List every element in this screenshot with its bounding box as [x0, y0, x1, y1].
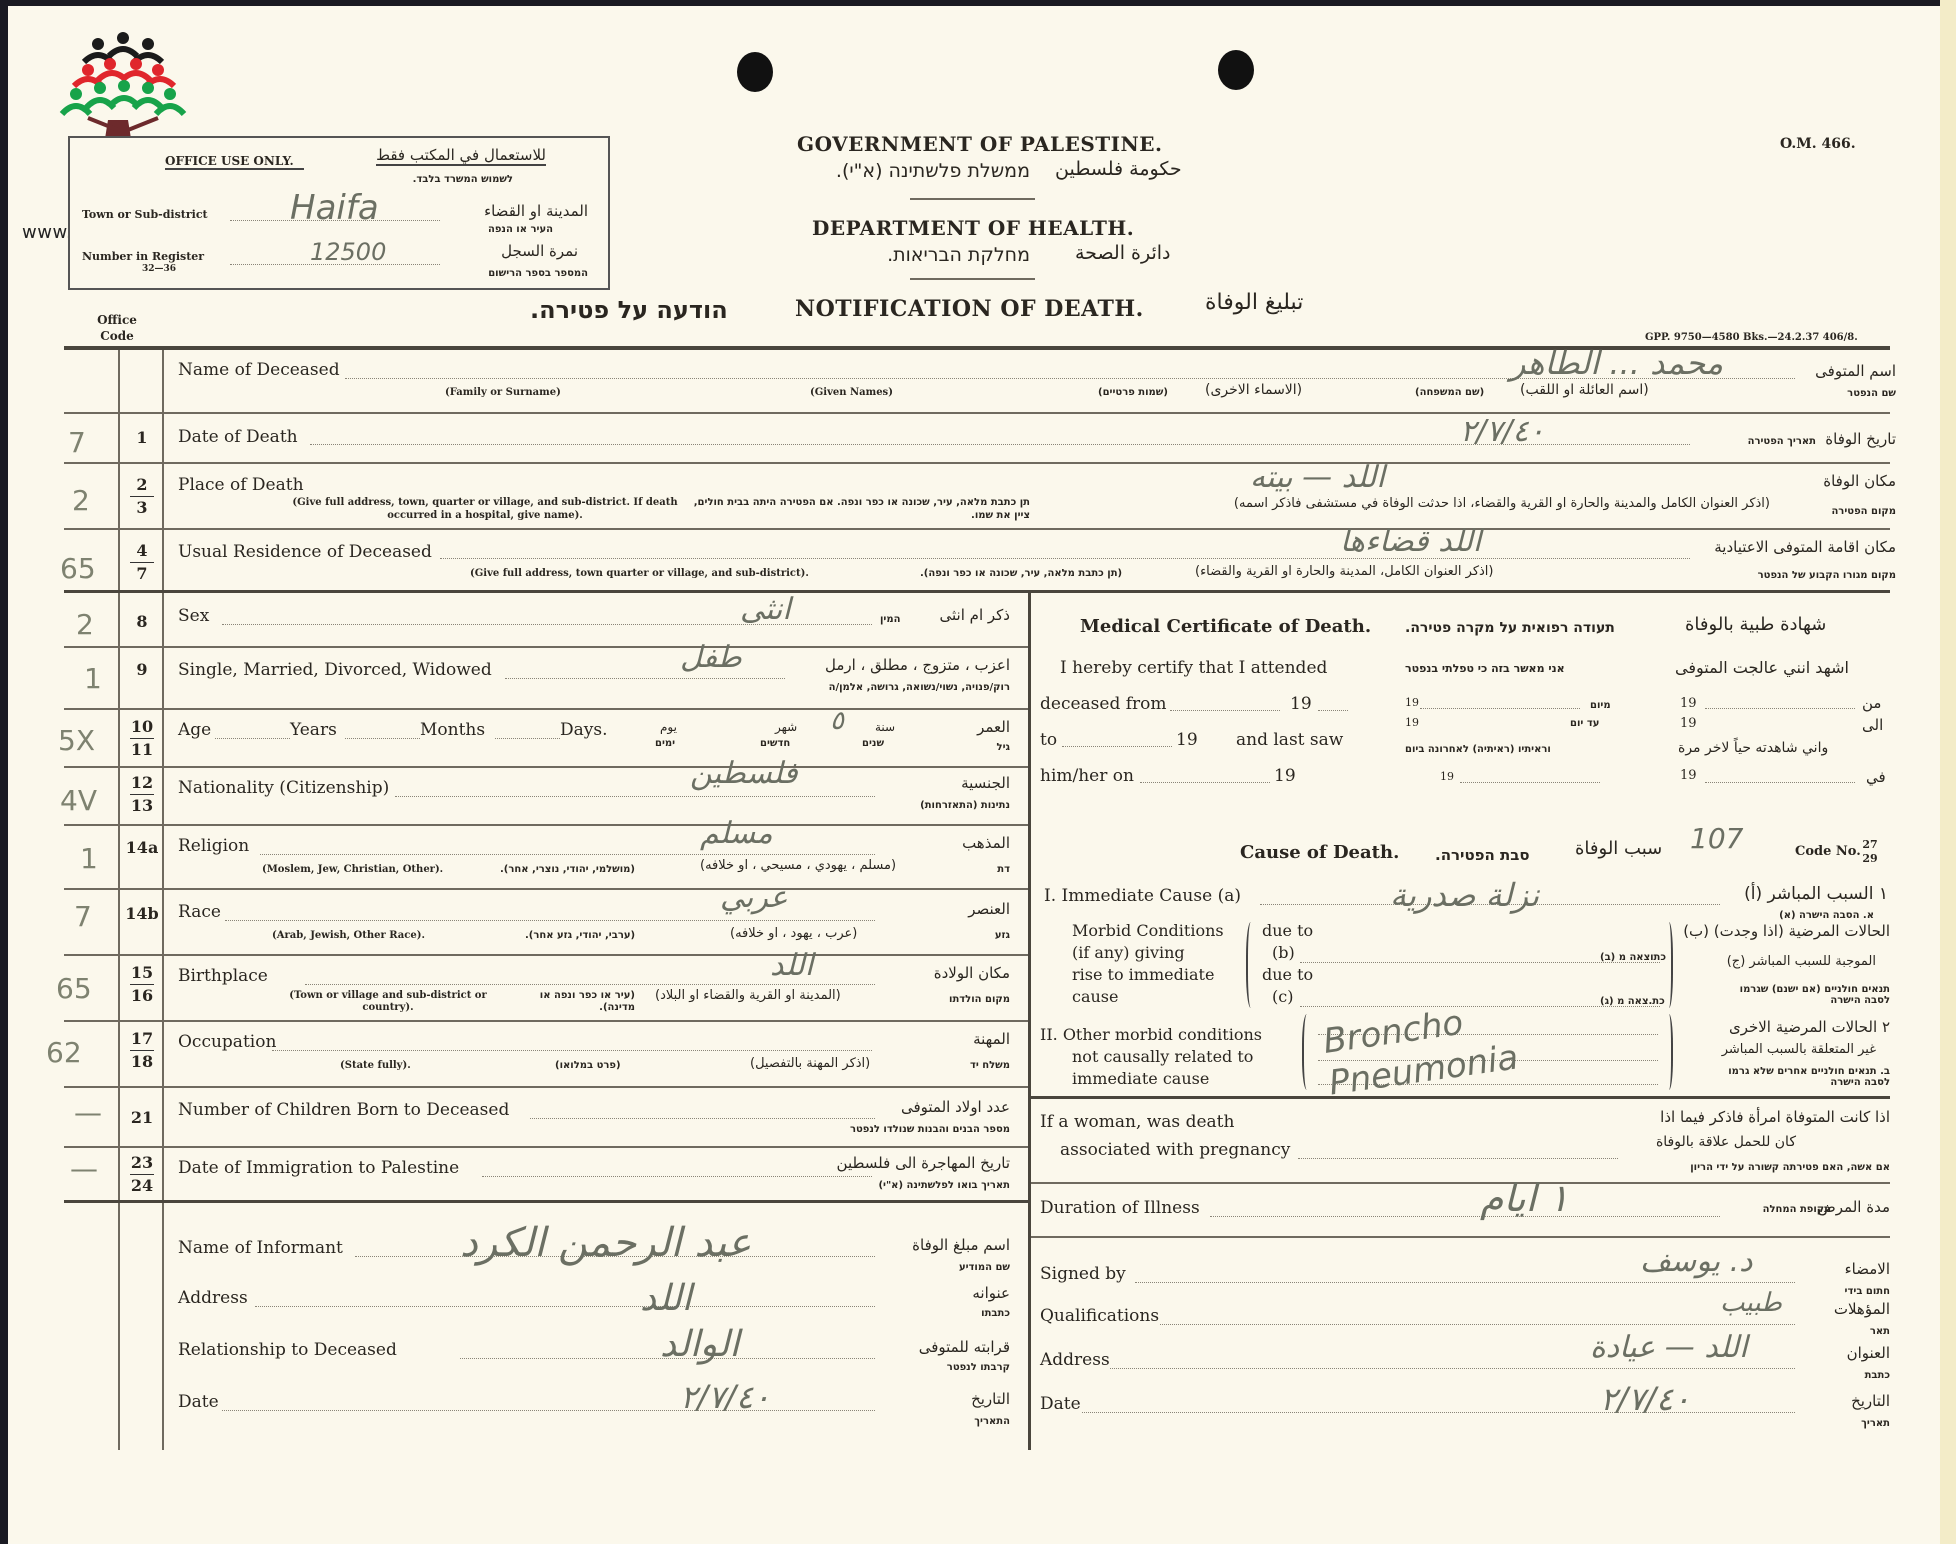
children-field-line[interactable]: [530, 1118, 875, 1119]
punch-hole-left: [737, 52, 773, 92]
religion-value[interactable]: مسلم: [700, 816, 773, 851]
office-code-value[interactable]: 2: [72, 484, 90, 517]
office-use-box: OFFICE USE ONLY. للاستعمال في المكتب فقط…: [68, 136, 610, 290]
marital-field-line[interactable]: [505, 678, 785, 679]
informant-date-label: Date: [178, 1392, 219, 1412]
doctor-address-he: כתבת: [1865, 1370, 1890, 1381]
row-divider: [64, 1146, 1028, 1148]
row-label-he: תאריך הפטירה: [1748, 436, 1816, 447]
morbid-ar-2: الموجبة للسبب المباشر (ج): [1727, 954, 1876, 969]
signed-by-line[interactable]: [1135, 1282, 1795, 1283]
row-label: Birthplace: [178, 966, 268, 986]
year-prefix: 19: [1290, 694, 1312, 714]
office-code-value[interactable]: 1: [84, 662, 102, 695]
informant-date-he: התאריך: [974, 1416, 1010, 1427]
signed-by-he: חתום בידי: [1845, 1286, 1890, 1297]
town-label: Town or Sub-district: [82, 208, 208, 221]
row-label-ar: مكان الولادة: [934, 964, 1010, 982]
doctor-date-value[interactable]: ٢/٧/٤٠: [1600, 1380, 1690, 1418]
office-code-value[interactable]: 5X: [58, 724, 95, 757]
informant-relation-value[interactable]: الوالد: [660, 1324, 739, 1365]
row-label: Name of Deceased: [178, 360, 340, 380]
row-label-ar: المهنة: [973, 1030, 1010, 1048]
code-no-label: Code No.: [1795, 844, 1861, 859]
row-label-ar: عدد اولاد المتوفى: [901, 1098, 1010, 1116]
row-hint-ar: (مسلم ، يهودي ، مسيحي ، او خلافه): [700, 858, 896, 873]
row-hint-ar: (المدينة او القرية والقضاء او البلاد): [655, 988, 841, 1003]
age-years-label: Years: [290, 720, 337, 740]
row-label: Occupation: [178, 1032, 276, 1052]
row-label: Single, Married, Divorced, Widowed: [178, 660, 492, 680]
row-hint-he: (תן כתבת מלאה, עיר, שכונה או כפר ונפה).: [920, 568, 1122, 579]
gov-title-ar: حكومة فلسطين: [1055, 158, 1182, 180]
row-number: 1011: [122, 716, 162, 761]
row-number: 47: [122, 540, 162, 585]
office-use-title: OFFICE USE ONLY.: [165, 154, 304, 170]
row-divider: [64, 462, 1890, 464]
attended-from-line[interactable]: [1170, 710, 1280, 711]
row-divider: [64, 888, 1028, 890]
office-code-value[interactable]: 7: [68, 426, 86, 459]
due-to-b-label: due to: [1262, 920, 1313, 942]
pregnancy-he: אם אשה, האם פטירתה קשורה על ידי הריון: [1690, 1162, 1890, 1173]
office-code-value[interactable]: 2: [76, 608, 94, 641]
informant-relation-he: קרבתו לנפטר: [947, 1362, 1010, 1373]
to-label-ar: الى: [1862, 716, 1883, 734]
morbid-line-2: (if any) giving: [1072, 942, 1224, 964]
row-hint: (Arab, Jewish, Other Race).: [272, 930, 425, 941]
age-months-ar: شهر: [775, 720, 797, 734]
register-sub: 32—36: [142, 264, 176, 274]
other-morbid-label: II. Other morbid conditions not causally…: [1040, 1024, 1262, 1090]
last-saw-on-line-he[interactable]: [1460, 782, 1600, 783]
row-label-he: מקום מגורו הקבוע של הנפטר: [1758, 570, 1896, 581]
gov-title: GOVERNMENT OF PALESTINE.: [797, 132, 1163, 156]
cause-c-label: (c): [1262, 986, 1313, 1008]
row-label: Date of Death: [178, 427, 298, 447]
cause-of-death-title: Cause of Death.: [1240, 842, 1399, 863]
row-number: 9: [122, 660, 162, 679]
last-saw-label-ar: واني شاهدته حياً لاخر مرة: [1678, 740, 1828, 756]
row-number: 2324: [122, 1152, 162, 1197]
scan-edge-right: [1940, 0, 1956, 1544]
row-divider: [64, 954, 1028, 956]
row-label: Usual Residence of Deceased: [178, 542, 432, 562]
other-morbid-line-3: immediate cause: [1040, 1068, 1262, 1090]
header-divider: [910, 198, 1035, 200]
age-days-line[interactable]: [495, 738, 560, 739]
attended-from-year-line[interactable]: [1318, 710, 1348, 711]
row-divider: [1031, 1096, 1890, 1099]
row-label-ar: العنصر: [968, 900, 1010, 918]
row-divider: [64, 1020, 1028, 1022]
immediate-cause-label: I. Immediate Cause (a): [1044, 886, 1241, 906]
last-saw-on-line[interactable]: [1140, 782, 1270, 783]
row-divider: [1031, 1182, 1890, 1184]
row-number: 1: [122, 428, 162, 447]
signed-by-label: Signed by: [1040, 1264, 1126, 1284]
informant-date-line[interactable]: [222, 1410, 875, 1411]
row-label-ar: مكان اقامة المتوفى الاعتيادية: [1714, 538, 1896, 556]
row-label: Number of Children Born to Deceased: [178, 1100, 509, 1120]
on-label-ar: في: [1866, 768, 1886, 786]
row-label-ar: مكان الوفاة: [1823, 472, 1896, 490]
row-label: Sex: [178, 606, 209, 626]
office-code-value[interactable]: 65: [56, 972, 92, 1005]
to-label-he: עד יום: [1570, 718, 1599, 729]
year-prefix: 19: [1176, 730, 1198, 750]
informant-name-label: Name of Informant: [178, 1238, 343, 1258]
row-label-ar: اعزب ، متزوج ، مطلق ، ارمل: [825, 656, 1010, 674]
doctor-address-line[interactable]: [1110, 1368, 1795, 1369]
nationality-field-line[interactable]: [395, 796, 875, 797]
other-morbid-line-1: II. Other morbid conditions: [1040, 1024, 1262, 1046]
town-value[interactable]: Haifa: [290, 188, 379, 228]
row-label-he: מקום הולדתו: [949, 994, 1010, 1005]
code-no-frac: 2729: [1860, 838, 1880, 866]
qualifications-value[interactable]: طبيب: [1720, 1288, 1782, 1318]
morbid-brace: [1246, 922, 1258, 1008]
qualifications-label: Qualifications: [1040, 1306, 1159, 1326]
due-to-c-label: due to: [1262, 964, 1313, 986]
age-years-he: שנים: [862, 738, 884, 749]
row-label-he: שם הנפטר: [1847, 388, 1896, 399]
office-use-title-he: לשמוש המשרד בלבד.: [413, 174, 513, 185]
row-label-ar: اسم المتوفى: [1815, 362, 1896, 380]
row-number: 21: [122, 1108, 162, 1127]
row-number: 14b: [122, 904, 162, 923]
row-hint-he: (פרט במלואו): [555, 1060, 621, 1071]
last-saw-label: and last saw: [1236, 730, 1343, 750]
row-hint-he: (ערבי, יהודי, גזע אחר).: [525, 930, 635, 941]
duration-value[interactable]: ١ ايام: [1480, 1176, 1569, 1220]
age-value[interactable]: ٥: [830, 706, 844, 736]
last-saw-on-line-ar[interactable]: [1705, 782, 1855, 783]
informant-address-he: כתבתו: [981, 1308, 1010, 1319]
notification-title-ar: تبليغ الوفاة: [1205, 290, 1303, 315]
row-label-ar: العمر: [977, 718, 1010, 736]
birthplace-value[interactable]: اللد: [770, 948, 813, 983]
signed-by-ar: الامضاء: [1845, 1260, 1890, 1278]
birthplace-field-line[interactable]: [305, 984, 875, 985]
row-label-he: רוק/פנויה, נשוי/נשואה, גרושה, אלמן/ה: [829, 682, 1010, 693]
surname-hint: (Family or Surname): [445, 387, 561, 398]
row-label: Date of Immigration to Palestine: [178, 1158, 459, 1178]
age-years-line[interactable]: [215, 738, 290, 739]
office-code-value[interactable]: 62: [46, 1036, 82, 1069]
other-morbid-line-2: not causally related to: [1040, 1046, 1262, 1068]
attended-from-label: deceased from: [1040, 694, 1167, 714]
duration-ar: مدة المرض: [1818, 1198, 1890, 1216]
age-days-label: Days.: [560, 720, 608, 740]
certify-text-ar: اشهد انني عالجت المتوفى: [1675, 658, 1849, 677]
row-hint-he: (עיר או כפר ונפה או מדינה).: [515, 990, 635, 1014]
qualifications-line[interactable]: [1160, 1324, 1795, 1325]
attended-from-line-ar[interactable]: [1705, 708, 1855, 709]
age-months-he: חדשים: [760, 738, 790, 749]
informant-date-ar: التاريخ: [971, 1390, 1010, 1408]
year-prefix-ar: 19: [1680, 768, 1697, 783]
row-label-he: דת: [997, 864, 1010, 875]
row-number: 14a: [122, 838, 162, 857]
other-brace-right: [1663, 1014, 1673, 1090]
town-label-ar: المدينة او القضاء: [484, 202, 588, 220]
code-column-divider: [118, 350, 120, 1450]
immediate-cause-ar: ١ السبب المباشر (أ): [1744, 884, 1888, 904]
row-divider: [64, 590, 1890, 593]
certify-text-he: אני מאשר בזה כי טפלתי בנפטר: [1405, 662, 1565, 675]
office-code-value[interactable]: —: [74, 1096, 102, 1129]
certify-text: I hereby certify that I attended: [1060, 658, 1327, 678]
notification-title-he: הודעה על פטירה.: [530, 296, 728, 324]
scan-edge-left: [0, 0, 8, 1544]
office-code-value[interactable]: 65: [60, 552, 96, 585]
religion-field-line[interactable]: [260, 854, 875, 855]
year-prefix-ar: 19: [1680, 696, 1697, 711]
medical-title: Medical Certificate of Death.: [1080, 616, 1371, 637]
race-field-line[interactable]: [225, 920, 875, 921]
row-label: Race: [178, 902, 221, 922]
row-hint: (Town or village and sub-district or cou…: [268, 990, 508, 1014]
doctor-address-value[interactable]: اللد — عيادة: [1590, 1330, 1747, 1365]
form-number: O.M. 466.: [1780, 136, 1856, 152]
informant-name-he: שם המודיע: [959, 1262, 1010, 1273]
row-label-he: תאריך בואו לפלשתינה (א"י): [878, 1180, 1010, 1191]
row-label-ar: تاريخ المهاجرة الى فلسطين: [837, 1154, 1010, 1172]
from-label-ar: من: [1862, 694, 1881, 712]
row-divider: [64, 766, 1028, 768]
number-column-divider: [162, 350, 164, 1450]
cause-of-death-title-he: סבת הפטירה.: [1435, 846, 1530, 864]
pregnancy-ar-1: اذا كانت المتوفاة امرأة فاذكر فيما اذا: [1660, 1108, 1890, 1126]
row-hint: (Give full address, town, quarter or vil…: [280, 496, 690, 522]
age-months-label: Months: [420, 720, 485, 740]
date-of-death-value[interactable]: ٢/٧/٤٠: [1460, 414, 1545, 449]
medical-title-ar: شهادة طبية بالوفاة: [1685, 614, 1826, 635]
row-label-ar: الجنسية: [961, 774, 1010, 792]
last-saw-label-he: וראיתיו (ראיתיה) לאחרונה ביום: [1405, 744, 1551, 755]
immediate-cause-value[interactable]: نزلة صدرية: [1390, 876, 1539, 914]
other-morbid-ar-1: ٢ الحالات المرضية الاخرى: [1729, 1018, 1890, 1036]
informant-name-value[interactable]: عبد الرحمن الكرد: [460, 1220, 751, 1266]
print-reference: GPP. 9750—4580 Bks.—24.2.37 406/8.: [1645, 332, 1858, 343]
residence-field-line[interactable]: [440, 558, 1690, 559]
morbid-conditions-label: Morbid Conditions (if any) giving rise t…: [1072, 920, 1224, 1008]
year-prefix-ar: 19: [1680, 716, 1697, 731]
age-days-he: ימים: [655, 738, 675, 749]
medical-title-he: תעודה רפואית על מקרה פטירה.: [1405, 620, 1615, 636]
row-number: 23: [122, 474, 162, 519]
office-code-value[interactable]: 7: [74, 900, 92, 933]
row-label-ar: تاريخ الوفاة: [1825, 430, 1896, 448]
morbid-line-4: cause: [1072, 986, 1224, 1008]
informant-address-line[interactable]: [255, 1306, 875, 1307]
office-code-label: Office Code: [92, 312, 142, 344]
informant-relation-label: Relationship to Deceased: [178, 1340, 397, 1360]
informant-relation-ar: قرابته للمتوفى: [919, 1338, 1010, 1356]
row-hint: (Give full address, town quarter or vill…: [470, 568, 809, 579]
row-hint-he: (מושלמי, יהודי, נוצרי, אחר).: [500, 864, 635, 875]
informant-address-value[interactable]: اللد: [640, 1278, 692, 1319]
row-label: Place of Death: [178, 475, 304, 495]
marital-status-value[interactable]: طفل: [680, 640, 742, 675]
row-hint-ar: (اذكر المهنة بالتفصيل): [750, 1056, 870, 1071]
sex-value[interactable]: انثى: [740, 592, 791, 627]
from-label-he: מיום: [1590, 700, 1611, 711]
row-label: Nationality (Citizenship): [178, 778, 389, 798]
cause-of-death-title-ar: سبب الوفاة: [1575, 838, 1662, 859]
informant-name-ar: اسم مبلغ الوفاة: [912, 1236, 1010, 1254]
place-of-death-value[interactable]: اللد — بيته: [1250, 460, 1385, 495]
medical-section-divider: [1028, 592, 1031, 1450]
last-saw-on-label: him/her on: [1040, 766, 1134, 786]
register-label-he: המספר בספר הרישום: [488, 268, 588, 279]
row-hint-he: תן כתבת מלאה, עיר, שכונה או כפר ונפה. אם…: [690, 496, 1030, 522]
scan-edge-top: [0, 0, 1956, 6]
punch-hole-right: [1218, 50, 1254, 90]
row-hint-ar: (اذكر العنوان الكامل، المدينة والحارة او…: [1195, 564, 1493, 579]
register-value[interactable]: 12500: [310, 238, 386, 266]
row-label-he: גיל: [997, 742, 1010, 753]
other-morbid-he: ב. תנאים חולניים אחרים שלא גרמו לסבה היש…: [1720, 1066, 1890, 1088]
pregnancy-label-1: If a woman, was death: [1040, 1112, 1234, 1132]
row-label-he: משלח יד: [970, 1060, 1010, 1071]
attended-from-line-he[interactable]: [1420, 708, 1580, 709]
surname-hint-ar: (اسم العائلة او اللقب): [1520, 382, 1649, 398]
cause-code-value[interactable]: 107: [1690, 822, 1743, 855]
qualifications-he: תאר: [1870, 1326, 1890, 1337]
residence-value[interactable]: اللد قضاءها: [1340, 524, 1481, 559]
office-code-value[interactable]: —: [70, 1152, 98, 1185]
row-divider: [64, 824, 1028, 826]
doctor-address-label: Address: [1040, 1350, 1110, 1370]
row-label-he: מקום הפטירה: [1831, 506, 1896, 517]
doctor-date-ar: التاريخ: [1851, 1392, 1890, 1410]
year-prefix-he: 19: [1405, 716, 1419, 729]
row-label-ar: ذكر ام انثى: [940, 606, 1010, 624]
row-divider: [64, 1086, 1028, 1088]
pregnancy-label-2: associated with pregnancy: [1060, 1140, 1290, 1160]
row-hint-ar: (عرب ، يهود ، او خلافه): [730, 926, 857, 941]
row-hint: (State fully).: [340, 1060, 411, 1071]
given-names-hint: (Given Names): [810, 387, 893, 398]
informant-address-ar: عنوانه: [972, 1284, 1010, 1302]
row-hint-ar: (اذكر العنوان الكامل والمدينة والحارة او…: [1040, 496, 1770, 511]
pregnancy-line[interactable]: [1298, 1158, 1618, 1159]
office-code-value[interactable]: 1: [80, 842, 98, 875]
doctor-date-he: תאריך: [1861, 1418, 1890, 1429]
surname-hint-he: (שם המשפחה): [1415, 387, 1484, 398]
morbid-ar-1: الحالات المرضية (اذا وجدت) (ب): [1683, 922, 1890, 940]
duration-line[interactable]: [1210, 1216, 1720, 1217]
dept-title: DEPARTMENT OF HEALTH.: [812, 216, 1134, 240]
row-label-he: גזע: [995, 930, 1010, 941]
year-prefix: 19: [1274, 766, 1296, 786]
duration-label: Duration of Illness: [1040, 1198, 1200, 1218]
due-to-labels: due to (b) due to (c): [1262, 920, 1313, 1008]
given-names-hint-he: (שמות פרטיים): [1098, 387, 1168, 398]
year-prefix-he: 19: [1405, 696, 1419, 709]
header-divider-2: [910, 278, 1035, 280]
row-label-he: נתינות (התאזרחות): [920, 800, 1010, 811]
row-divider: [1031, 1236, 1890, 1238]
morbid-he-note: תנאים חולניים (אם ישנם) שגרמו לסבה הישרה: [1720, 984, 1890, 1006]
deceased-name-value[interactable]: محمد ... الطاهر: [1510, 344, 1723, 382]
row-number: 1516: [122, 962, 162, 1007]
cause-b-he: כתוצאה מ (ב): [1600, 952, 1666, 963]
year-prefix-he: 19: [1440, 770, 1454, 783]
gov-title-he: ממשלת פלשתינה (א"י).: [760, 160, 1030, 182]
given-names-hint-ar: (الاسماء الاخرى): [1205, 382, 1302, 398]
row-number: 1213: [122, 772, 162, 817]
office-code-value[interactable]: 4V: [60, 784, 97, 817]
age-years-ar: سنة: [875, 720, 895, 734]
morbid-brace-right: [1663, 922, 1673, 1008]
cause-b-label: (b): [1262, 942, 1313, 964]
row-divider: [64, 708, 1028, 710]
row-divider: [64, 1200, 1028, 1203]
row-hint: (Moslem, Jew, Christian, Other).: [262, 864, 443, 875]
row-divider: [64, 412, 1890, 414]
other-brace: [1302, 1014, 1314, 1090]
informant-date-value[interactable]: ٢/٧/٤٠: [680, 1378, 770, 1416]
other-morbid-value[interactable]: Broncho Pneumonia: [1321, 980, 1630, 1105]
register-label-ar: نمرة السجل: [501, 242, 578, 260]
morbid-line-1: Morbid Conditions: [1072, 920, 1224, 942]
age-days-ar: يوم: [660, 720, 677, 734]
signed-by-value[interactable]: د. يوسف: [1640, 1244, 1752, 1279]
office-use-title-ar: للاستعمال في المكتب فقط: [376, 146, 546, 166]
immediate-cause-he: א. הסבה הישרה (א): [1779, 910, 1874, 921]
row-label-he: מספר הבנים והבנות שנולדו לנפטר: [850, 1124, 1010, 1135]
notification-title: NOTIFICATION OF DEATH.: [795, 296, 1144, 322]
dept-title-ar: دائرة الصحة: [1075, 242, 1171, 264]
dept-title-he: מחלקת הבריאות.: [760, 244, 1030, 266]
morbid-line-3: rise to immediate: [1072, 964, 1224, 986]
doctor-address-ar: العنوان: [1847, 1344, 1890, 1362]
row-label-ar: المذهب: [962, 834, 1010, 852]
qualifications-ar: المؤهلات: [1834, 1300, 1890, 1318]
attended-to-line[interactable]: [1062, 746, 1172, 747]
row-label-he: המין: [880, 614, 900, 625]
informant-address-label: Address: [178, 1288, 248, 1308]
row-number: 8: [122, 612, 162, 631]
attended-to-label: to: [1040, 730, 1057, 750]
row-divider: [64, 528, 1890, 530]
immigration-field-line[interactable]: [482, 1176, 872, 1177]
nationality-value[interactable]: فلسطين: [690, 756, 798, 791]
doctor-date-label: Date: [1040, 1394, 1081, 1414]
town-label-he: העיר או הנפה: [488, 224, 553, 235]
row-label: Religion: [178, 836, 249, 856]
race-value[interactable]: عربي: [720, 880, 788, 915]
age-months-line[interactable]: [345, 738, 420, 739]
other-morbid-ar-2: غير المتعلقة بالسبب المباشر: [1722, 1042, 1876, 1057]
register-label: Number in Register: [82, 250, 204, 263]
row-label: Age: [178, 720, 211, 740]
occupation-field-line[interactable]: [272, 1050, 872, 1051]
pregnancy-ar-2: كان للحمل علاقة بالوفاة: [1656, 1134, 1796, 1150]
row-divider: [64, 646, 1028, 648]
row-number: 1718: [122, 1028, 162, 1073]
